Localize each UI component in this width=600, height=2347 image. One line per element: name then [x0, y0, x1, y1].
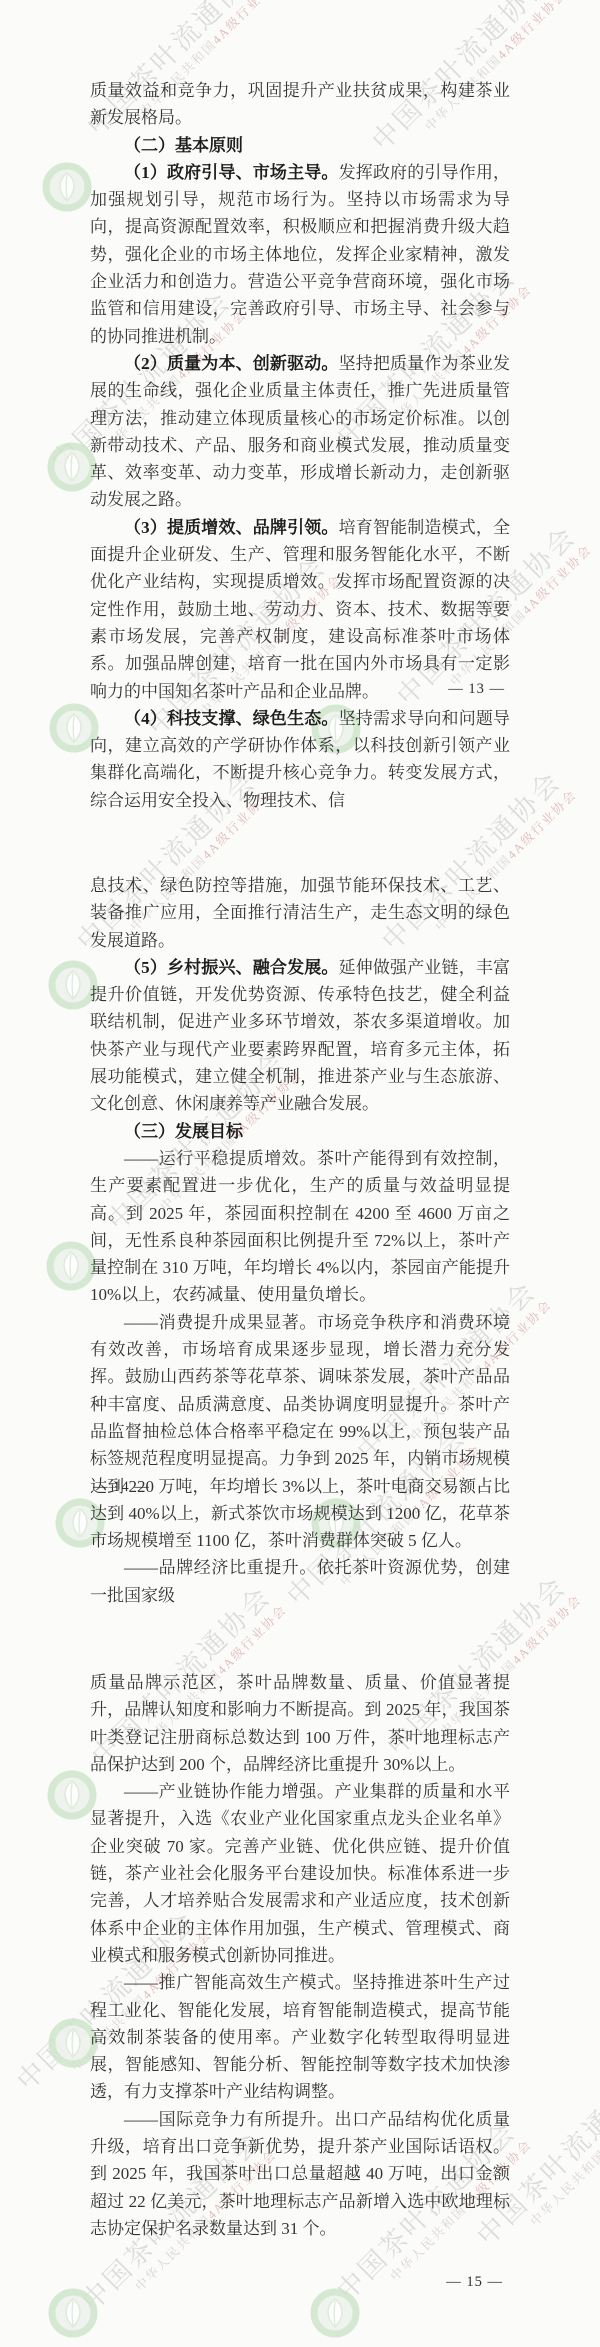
paragraph-lead: （三）发展目标: [124, 1122, 243, 1141]
leaf-logo-watermark: [309, 2287, 361, 2339]
paragraph: 息技术、绿色防控等措施，加强节能环保技术、工艺、装备推广应用，全面推行清洁生产，…: [90, 872, 510, 954]
page-14-content: 息技术、绿色防控等措施，加强节能环保技术、工艺、装备推广应用，全面推行清洁生产，…: [90, 872, 510, 1609]
paragraph: （4）科技支撑、绿色生态。坚持需求导向和问题导向，建立高效的产学研协作体系，以科…: [90, 705, 510, 814]
watermark-sub-red: 4A级行业协会: [210, 0, 285, 47]
paragraph-lead: ——品牌经济比重提升。: [124, 1558, 317, 1577]
paragraph-text: 产业集群的质量和水平显著提升，入选《农业产业化国家重点龙头企业名单》企业突破 7…: [90, 1782, 510, 1965]
paragraph-lead: ——运行平稳提质增效。: [124, 1149, 317, 1168]
paragraph-text: 息技术、绿色防控等措施，加强节能环保技术、工艺、装备推广应用，全面推行清洁生产，…: [90, 876, 510, 950]
watermark-sub-red: 4A级行业协会: [510, 1592, 585, 1667]
paragraph-lead: （3）提质增效、品牌引领。: [124, 518, 339, 537]
paragraph-text: 质量品牌示范区，茶叶品牌数量、质量、价值显著提升，品牌认知度和影响力不断提高。到…: [90, 1673, 510, 1774]
paragraph-text: 坚持推进茶叶生产过程工业化、智能化发展，培育智能制造模式，提高节能高效制茶装备的…: [90, 1973, 510, 2101]
watermark-sub-red: 4A级行业协会: [520, 542, 595, 617]
paragraph: 质量效益和竞争力，巩固提升产业扶贫成果，构建茶业新发展格局。: [90, 77, 510, 132]
page-15-content: 质量品牌示范区，茶叶品牌数量、质量、价值显著提升，品牌认知度和影响力不断提高。到…: [90, 1669, 510, 2242]
paragraph: ——国际竞争力有所提升。出口产品结构优化质量升级，培育出口竞争新优势，提升茶产业…: [90, 2106, 510, 2242]
paragraph-text: 培育智能制造模式，全面提升企业研发、生产、管理和服务智能化水平，不断优化产业结构…: [90, 518, 510, 701]
page-13-content: 质量效益和竞争力，巩固提升产业扶贫成果，构建茶业新发展格局。（二）基本原则（1）…: [90, 77, 510, 814]
paragraph: ——品牌经济比重提升。依托茶叶资源优势，创建一批国家级: [90, 1554, 510, 1609]
paragraph: （2）质量为本、创新驱动。坚持把质量作为茶业发展的生命线，强化企业质量主体责任，…: [90, 350, 510, 514]
paragraph-text: 市场竞争秩序和消费环境有效改善，市场培育成果逐步显现，增长潜力充分发挥。鼓励山西…: [90, 1313, 510, 1550]
page-number-13: — 13 —: [448, 681, 505, 698]
leaf-logo-watermark: [47, 2287, 99, 2339]
paragraph-lead: （4）科技支撑、绿色生态。: [124, 709, 339, 728]
paragraph: 质量品牌示范区，茶叶品牌数量、质量、价值显著提升，品牌认知度和影响力不断提高。到…: [90, 1669, 510, 1778]
paragraph-lead: （1）政府引导、市场主导。: [124, 163, 339, 182]
watermark-sub-red: 4A级行业协会: [495, 0, 570, 62]
paragraph: ——消费提升成果显著。市场竞争秩序和消费环境有效改善，市场培育成果逐步显现，增长…: [90, 1309, 510, 1555]
paragraph-text: 坚持把质量作为茶业发展的生命线，强化企业质量主体责任，推广先进质量管理方法，推动…: [90, 354, 510, 509]
document-scroll: 中国茶叶流通协会中华人民共和国4A级行业协会中国茶叶流通协会中华人民共和国4A级…: [0, 0, 600, 2347]
paragraph: ——运行平稳提质增效。茶叶产能得到有效控制，生产要素配置进一步优化，生产的质量与…: [90, 1145, 510, 1309]
paragraph-lead: ——产业链协作能力增强。: [124, 1782, 335, 1801]
paragraph-lead: （二）基本原则: [124, 136, 243, 155]
watermark-sub-gray: 中华人民共和国: [528, 2147, 600, 2229]
paragraph: ——产业链协作能力增强。产业集群的质量和水平显著提升，入选《农业产业化国家重点龙…: [90, 1778, 510, 1969]
section-heading: （三）发展目标: [90, 1118, 510, 1145]
watermark-sub-red: 4A级行业协会: [505, 787, 580, 862]
paragraph-lead: ——推广智能高效生产模式。: [124, 1973, 352, 1992]
paragraph-text: 发挥政府的引导作用，加强规划引导，规范市场行为。坚持以市场需求为导向，提高资源配…: [90, 163, 510, 346]
watermark-sub-text: 中华人民共和国4A级行业协会: [526, 2080, 600, 2229]
leaf-icon: [309, 2287, 361, 2339]
paragraph: （3）提质增效、品牌引领。培育智能制造模式，全面提升企业研发、生产、管理和服务智…: [90, 514, 510, 705]
paragraph-lead: ——国际竞争力有所提升。: [124, 2110, 335, 2129]
leaf-logo-watermark: [41, 161, 93, 213]
paragraph: （1）政府引导、市场主导。发挥政府的引导作用，加强规划引导，规范市场行为。坚持以…: [90, 159, 510, 350]
paragraph-lead: （5）乡村振兴、融合发展。: [124, 958, 339, 977]
paragraph-lead: （2）质量为本、创新驱动。: [124, 354, 339, 373]
section-heading: （二）基本原则: [90, 132, 510, 159]
paragraph-lead: ——消费提升成果显著。: [124, 1313, 317, 1332]
paragraph-text: 质量效益和竞争力，巩固提升产业扶贫成果，构建茶业新发展格局。: [90, 81, 510, 127]
leaf-icon: [41, 161, 93, 213]
page-number-14: — 14 —: [93, 1479, 150, 1496]
paragraph-text: 延伸做强产业链，丰富提升价值链，开发优势资源、传承特色技艺，健全利益联结机制，促…: [90, 958, 510, 1113]
paragraph: （5）乡村振兴、融合发展。延伸做强产业链，丰富提升价值链，开发优势资源、传承特色…: [90, 954, 510, 1118]
paragraph: ——推广智能高效生产模式。坚持推进茶叶生产过程工业化、智能化发展，培育智能制造模…: [90, 1969, 510, 2105]
page-number-15: — 15 —: [446, 2274, 503, 2291]
watermark-sub-red: 4A级行业协会: [215, 1602, 290, 1677]
leaf-icon: [47, 2287, 99, 2339]
paragraph-text: 茶叶产能得到有效控制，生产要素配置进一步优化，生产的质量与效益明显提高。到 20…: [90, 1149, 510, 1304]
